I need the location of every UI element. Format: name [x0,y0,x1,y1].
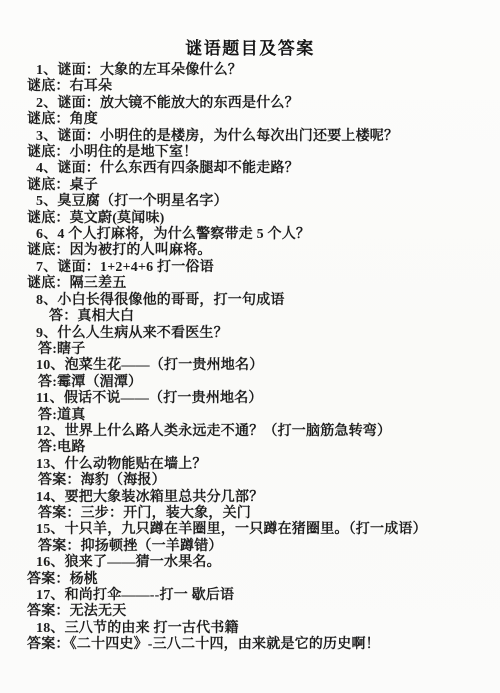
riddle-line: 谜底：因为被打的人叫麻将。 [0,243,500,259]
riddle-line: 3、谜面：小明住的是楼房，为什么每次出门还要上楼呢？ [0,129,500,145]
riddle-line: 13、什么动物能贴在墙上？ [0,457,500,473]
riddle-line: 答案：杨桃 [0,572,500,588]
riddle-line: 15、十只羊，九只蹲在羊圈里，一只蹲在猪圈里。（打一成语） [0,522,500,538]
riddle-line: 答：真相大白 [0,309,500,325]
riddle-line: 谜底：桌子 [0,178,500,194]
riddle-list: 1、谜面：大象的左耳朵像什么？谜底：右耳朵2、谜面：放大镜不能放大的东西是什么？… [0,63,500,654]
riddle-line: 答:霉潭（湄潭） [0,375,500,391]
document-page: 谜语题目及答案 1、谜面：大象的左耳朵像什么？谜底：右耳朵2、谜面：放大镜不能放… [0,0,500,693]
riddle-line: 5、臭豆腐（打一个明星名字） [0,194,500,210]
riddle-line: 答案：三步：开门，装大象，关门 [0,506,500,522]
riddle-line: 10、泡菜生花——（打一贵州地名） [0,358,500,374]
riddle-line: 2、谜面：放大镜不能放大的东西是什么？ [0,96,500,112]
riddle-line: 7、谜面：1+2+4+6 打一俗语 [0,260,500,276]
riddle-line: 14、要把大象装冰箱里总共分几部？ [0,490,500,506]
riddle-line: 答案：抑扬顿挫（一羊蹲错） [0,539,500,555]
page-title: 谜语题目及答案 [0,34,500,59]
riddle-line: 谜底：小明住的是地下室！ [0,145,500,161]
riddle-line: 谜底：莫文蔚(莫闻味) [0,211,500,227]
riddle-line: 6、4 个人打麻将，为什么警察带走 5 个人？ [0,227,500,243]
riddle-line: 8、小白长得很像他的哥哥，打一句成语 [0,293,500,309]
riddle-line: 答案：《二十四史》-三八二十四，由来就是它的历史啊！ [0,637,500,653]
riddle-line: 17、和尚打伞——--打一 歇后语 [0,588,500,604]
riddle-line: 谜底：隔三差五 [0,276,500,292]
riddle-line: 答案：无法无天 [0,604,500,620]
riddle-line: 1、谜面：大象的左耳朵像什么？ [0,63,500,79]
riddle-line: 11、假话不说——（打一贵州地名） [0,391,500,407]
riddle-line: 16、狼来了——猜一水果名。 [0,555,500,571]
riddle-line: 谜底：右耳朵 [0,79,500,95]
riddle-line: 4、谜面：什么东西有四条腿却不能走路？ [0,161,500,177]
riddle-line: 答:电路 [0,440,500,456]
riddle-line: 谜底：角度 [0,112,500,128]
riddle-line: 18、三八节的由来 打一古代书籍 [0,621,500,637]
riddle-line: 12、世界上什么路人类永远走不通？（打一脑筋急转弯） [0,424,500,440]
riddle-line: 答:道真 [0,408,500,424]
riddle-line: 答:瞎子 [0,342,500,358]
riddle-line: 答案：海豹（海报） [0,473,500,489]
riddle-line: 9、什么人生病从来不看医生？ [0,326,500,342]
